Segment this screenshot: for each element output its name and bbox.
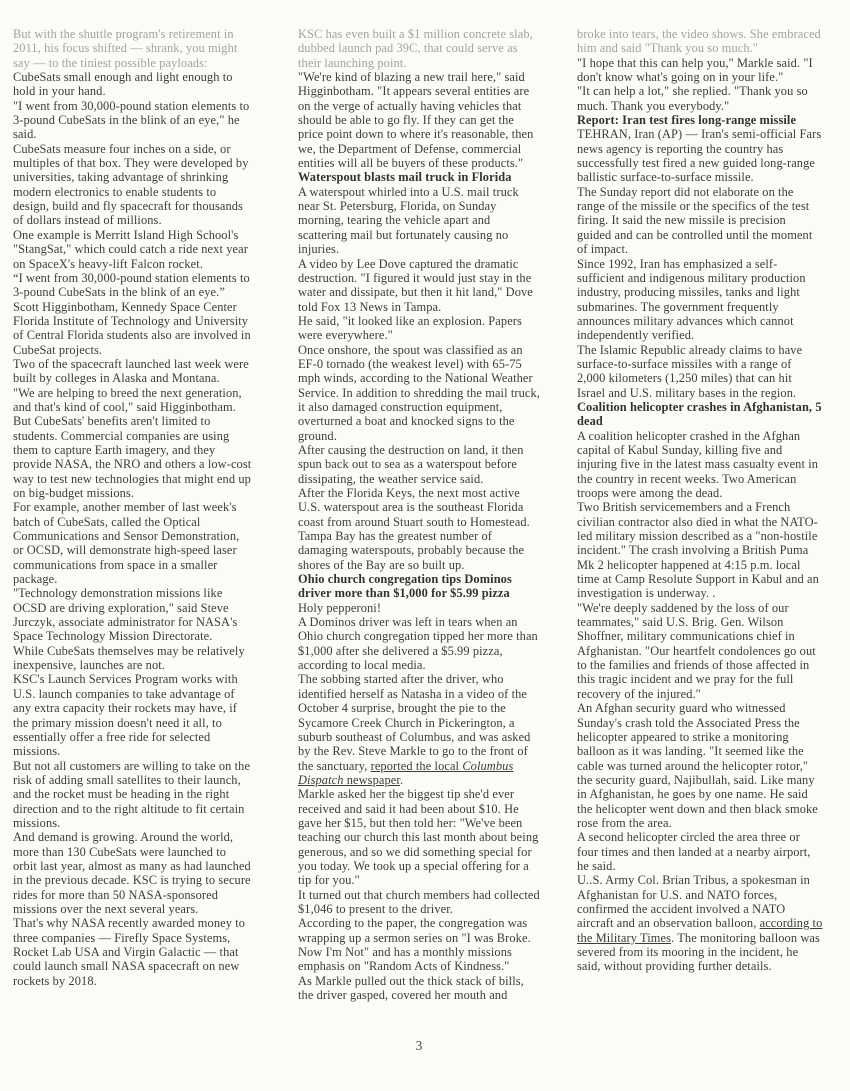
text-segment: According to the paper, the congregation… [298, 916, 531, 973]
article-paragraph: “I went from 30,000-pound station elemen… [13, 271, 252, 357]
text-segment: A waterspout whirled into a U.S. mail tr… [298, 185, 519, 256]
text-segment: That's why NASA recently awarded money t… [13, 916, 245, 987]
text-segment: An Afghan security guard who witnessed S… [577, 701, 818, 830]
article-paragraph: An Afghan security guard who witnessed S… [577, 701, 823, 830]
text-segment: CubeSats small enough and light enough t… [13, 70, 233, 98]
article-paragraph: "We're deeply saddened by the loss of ou… [577, 601, 823, 701]
text-segment: "Technology demonstration missions like … [13, 586, 237, 643]
text-segment: One example is Merritt Island High Schoo… [13, 228, 248, 271]
text-segment: broke into tears, the video shows. She e… [577, 27, 821, 55]
article-headline: Waterspout blasts mail truck in Florida [298, 170, 541, 184]
text-segment: And demand is growing. Around the world,… [13, 830, 251, 916]
text-segment: The Islamic Republic already claims to h… [577, 343, 802, 400]
article-paragraph: A waterspout whirled into a U.S. mail tr… [298, 185, 541, 257]
text-segment: Once onshore, the spout was classified a… [298, 343, 540, 443]
article-paragraph: After the Florida Keys, the next most ac… [298, 486, 541, 572]
article-paragraph: But CubeSats' benefits aren't limited to… [13, 414, 252, 500]
text-segment: But with the shuttle program's retiremen… [13, 27, 237, 70]
article-headline: Coalition helicopter crashes in Afghanis… [577, 400, 823, 429]
article-paragraph: For example, another member of last week… [13, 500, 252, 586]
text-columns: But with the shuttle program's retiremen… [13, 27, 823, 1002]
article-paragraph: "We're kind of blazing a new trail here,… [298, 70, 541, 170]
article-paragraph: "I hope that this can help you," Markle … [577, 56, 823, 85]
text-segment: A second helicopter circled the area thr… [577, 830, 811, 873]
text-segment: "I hope that this can help you," Markle … [577, 56, 813, 84]
article-paragraph: Two British servicemembers and a French … [577, 500, 823, 600]
text-segment: The sobbing started after the driver, wh… [298, 672, 530, 772]
article-headline: Report: Iran test fires long-range missi… [577, 113, 823, 127]
text-segment: After the Florida Keys, the next most ac… [298, 486, 530, 572]
document-page: But with the shuttle program's retiremen… [0, 0, 850, 1091]
article-paragraph: He said, "it looked like an explosion. P… [298, 314, 541, 343]
text-segment: KSC has even built a $1 million concrete… [298, 27, 533, 70]
article-paragraph: "I went from 30,000-pound station elemen… [13, 99, 252, 142]
text-segment: "We are helping to breed the next genera… [13, 386, 242, 414]
text-segment: Coalition helicopter crashes in Afghanis… [577, 400, 822, 428]
text-segment: But CubeSats' benefits aren't limited to… [13, 414, 251, 500]
article-paragraph: As Markle pulled out the thick stack of … [298, 974, 541, 1003]
text-segment: For example, another member of last week… [13, 500, 239, 586]
article-paragraph: After causing the destruction on land, i… [298, 443, 541, 486]
text-segment: Two of the spacecraft launched last week… [13, 357, 249, 385]
text-segment: "We're kind of blazing a new trail here,… [298, 70, 533, 170]
column-3: broke into tears, the video shows. She e… [577, 27, 823, 1002]
article-paragraph: One example is Merritt Island High Schoo… [13, 228, 252, 271]
text-segment: The Sunday report did not elaborate on t… [577, 185, 812, 256]
article-headline: Ohio church congregation tips Dominos dr… [298, 572, 541, 601]
article-paragraph: broke into tears, the video shows. She e… [577, 27, 823, 56]
column-1: But with the shuttle program's retiremen… [13, 27, 252, 1002]
article-paragraph: The sobbing started after the driver, wh… [298, 672, 541, 787]
article-paragraph: KSC's Launch Services Program works with… [13, 672, 252, 758]
article-paragraph: U..S. Army Col. Brian Tribus, a spokesma… [577, 873, 823, 973]
text-segment: As Markle pulled out the thick stack of … [298, 974, 524, 1002]
article-paragraph: Once onshore, the spout was classified a… [298, 343, 541, 443]
text-segment: A video by Lee Dove captured the dramati… [298, 257, 533, 314]
text-segment: “I went from 30,000-pound station elemen… [13, 271, 251, 357]
article-paragraph: And demand is growing. Around the world,… [13, 830, 252, 916]
article-paragraph: "It can help a lot," she replied. "Thank… [577, 84, 823, 113]
article-paragraph: That's why NASA recently awarded money t… [13, 916, 252, 988]
text-segment: "We're deeply saddened by the loss of ou… [577, 601, 816, 701]
text-segment: After causing the destruction on land, i… [298, 443, 524, 486]
article-paragraph: But with the shuttle program's retiremen… [13, 27, 252, 99]
article-paragraph: "Technology demonstration missions like … [13, 586, 252, 643]
text-segment: . [400, 773, 403, 787]
article-paragraph: A second helicopter circled the area thr… [577, 830, 823, 873]
underlined-reference: newspaper [344, 773, 400, 787]
article-paragraph: TEHRAN, Iran (AP) — Iran's semi-official… [577, 127, 823, 184]
text-segment: TEHRAN, Iran (AP) — Iran's semi-official… [577, 127, 821, 184]
article-paragraph: A video by Lee Dove captured the dramati… [298, 257, 541, 314]
page-number: 3 [0, 1038, 838, 1054]
article-paragraph: The Islamic Republic already claims to h… [577, 343, 823, 400]
text-segment: Two British servicemembers and a French … [577, 500, 819, 600]
text-segment: It turned out that church members had co… [298, 888, 540, 916]
article-paragraph: While CubeSats themselves may be relativ… [13, 644, 252, 673]
text-segment: "I went from 30,000-pound station elemen… [13, 99, 249, 142]
article-paragraph: Holy pepperoni! [298, 601, 541, 615]
article-paragraph: CubeSats measure four inches on a side, … [13, 142, 252, 228]
text-segment: CubeSats measure four inches on a side, … [13, 142, 249, 228]
text-segment: But not all customers are willing to tak… [13, 759, 250, 830]
article-paragraph: But not all customers are willing to tak… [13, 759, 252, 831]
text-segment: Holy pepperoni! [298, 601, 381, 615]
text-segment: Markle asked her the biggest tip she'd e… [298, 787, 538, 887]
article-paragraph: "We are helping to breed the next genera… [13, 386, 252, 415]
text-segment: Report: Iran test fires long-range missi… [577, 113, 796, 127]
article-paragraph: The Sunday report did not elaborate on t… [577, 185, 823, 257]
text-segment: "It can help a lot," she replied. "Thank… [577, 84, 808, 112]
text-segment: A Dominos driver was left in tears when … [298, 615, 538, 672]
underlined-reference: reported the local [371, 759, 463, 773]
text-segment: Waterspout blasts mail truck in Florida [298, 170, 512, 184]
text-segment: While CubeSats themselves may be relativ… [13, 644, 245, 672]
article-paragraph: A Dominos driver was left in tears when … [298, 615, 541, 672]
article-paragraph: KSC has even built a $1 million concrete… [298, 27, 541, 70]
text-segment: Ohio church congregation tips Dominos dr… [298, 572, 512, 600]
article-paragraph: A coalition helicopter crashed in the Af… [577, 429, 823, 501]
article-paragraph: According to the paper, the congregation… [298, 916, 541, 973]
column-2: KSC has even built a $1 million concrete… [298, 27, 541, 1002]
text-segment: He said, "it looked like an explosion. P… [298, 314, 522, 342]
article-paragraph: Markle asked her the biggest tip she'd e… [298, 787, 541, 887]
text-segment: Since 1992, Iran has emphasized a self-s… [577, 257, 806, 343]
article-paragraph: It turned out that church members had co… [298, 888, 541, 917]
text-segment: KSC's Launch Services Program works with… [13, 672, 238, 758]
article-paragraph: Since 1992, Iran has emphasized a self-s… [577, 257, 823, 343]
text-segment: A coalition helicopter crashed in the Af… [577, 429, 818, 500]
article-paragraph: Two of the spacecraft launched last week… [13, 357, 252, 386]
